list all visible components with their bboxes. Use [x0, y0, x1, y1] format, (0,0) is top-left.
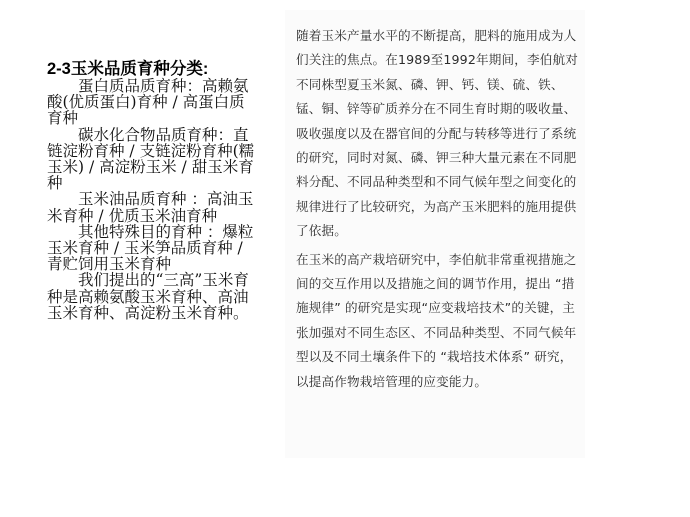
fertilizer-paragraph: 随着玉米产量水平的不断提高，肥料的施用成为人们关注的焦点。在1989至1992年…: [296, 24, 578, 244]
special-purpose-breeding: 其他特殊目的育种 ：爆粒玉米育种 / 玉米笋品质育种 / 青贮饲用玉米育种: [47, 224, 255, 273]
oil-quality-breeding: 玉米油品质育种 ：高油玉米育种 / 优质玉米油育种: [47, 191, 255, 223]
cultivation-paragraph: 在玉米的高产栽培研究中，李伯航非常重视措施之间的交互作用以及措施之间的调节作用，…: [296, 248, 578, 394]
carbohydrate-quality-breeding: 碳水化合物品质育种：直链淀粉育种 / 支链淀粉育种(糯玉米) / 高淀粉玉米 /…: [47, 127, 255, 192]
three-high-breeding-summary: 我们提出的“三高”玉米育种是高赖氨酸玉米育种、高油玉米育种、高淀粉玉米育种。: [47, 272, 255, 321]
protein-quality-breeding: 蛋白质品质育种：高赖氨酸(优质蛋白)育种 / 高蛋白质育种: [47, 78, 255, 127]
section-heading: 2-3玉米品质育种分类:: [47, 60, 255, 78]
research-text: 随着玉米产量水平的不断提高，肥料的施用成为人们关注的焦点。在1989至1992年…: [296, 24, 578, 398]
fertilizer-research-panel: 随着玉米产量水平的不断提高，肥料的施用成为人们关注的焦点。在1989至1992年…: [285, 10, 585, 458]
maize-quality-breeding-section: 2-3玉米品质育种分类: 蛋白质品质育种：高赖氨酸(优质蛋白)育种 / 高蛋白质…: [47, 60, 255, 321]
